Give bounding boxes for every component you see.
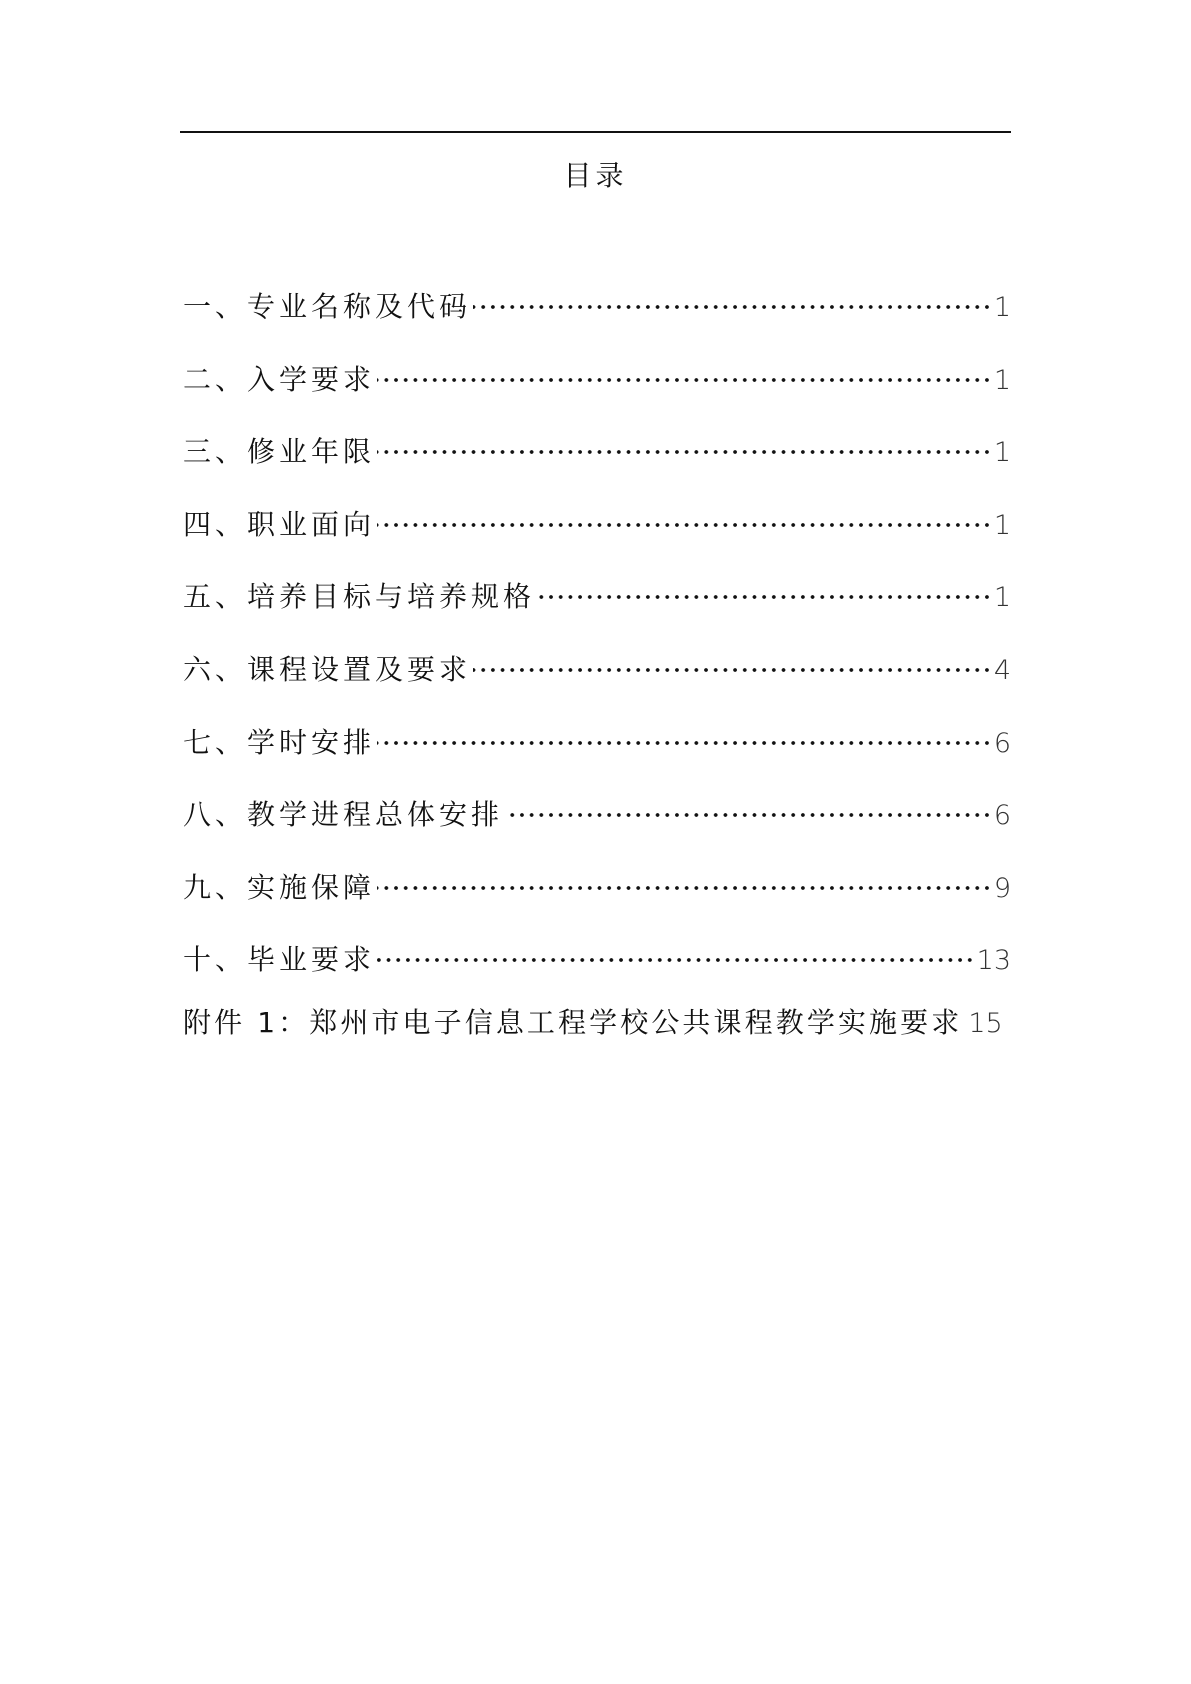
toc-entry-page: 1 <box>994 579 1011 617</box>
dot-leader <box>473 278 992 316</box>
dot-leader <box>377 351 992 389</box>
dot-leader <box>377 859 992 897</box>
toc-entry[interactable]: 四、职业面向 1 <box>183 496 1011 569</box>
toc-entry-page: 13 <box>977 942 1011 980</box>
toc-entry-page: 9 <box>994 870 1011 908</box>
table-of-contents: 一、专业名称及代码 1 二、入学要求 1 三、修业年限 1 四、职业面向 1 五… <box>183 278 1011 1077</box>
toc-entry-label: 十、毕业要求 <box>183 941 375 979</box>
toc-entry-label: 一、专业名称及代码 <box>183 288 471 326</box>
toc-entry[interactable]: 八、教学进程总体安排 6 <box>183 786 1011 859</box>
toc-entry-label: 三、修业年限 <box>183 433 375 471</box>
dot-leader <box>377 496 992 534</box>
dot-leader <box>377 714 992 752</box>
dot-leader <box>377 931 975 969</box>
toc-entry-page: 1 <box>994 362 1011 400</box>
toc-entry-label: 六、课程设置及要求 <box>183 651 471 689</box>
toc-entry-page: 1 <box>994 507 1011 545</box>
toc-entry-label: 四、职业面向 <box>183 506 375 544</box>
toc-entry-label: 二、入学要求 <box>183 361 375 399</box>
toc-entry-label: 附件 1：郑州市电子信息工程学校公共课程教学实施要求 <box>183 1004 962 1042</box>
toc-entry-page: 1 <box>994 434 1011 472</box>
toc-entry[interactable]: 十、毕业要求 13 <box>183 931 1011 1004</box>
header-rule <box>180 131 1011 133</box>
toc-entry[interactable]: 六、课程设置及要求 4 <box>183 641 1011 714</box>
dot-leader <box>377 423 992 461</box>
toc-entry[interactable]: 七、学时安排 6 <box>183 714 1011 787</box>
toc-entry-page: 4 <box>994 652 1011 690</box>
toc-entry-label: 八、教学进程总体安排 <box>183 796 503 834</box>
toc-entry-label: 五、培养目标与培养规格 <box>183 578 535 616</box>
toc-entry[interactable]: 一、专业名称及代码 1 <box>183 278 1011 351</box>
toc-entry[interactable]: 五、培养目标与培养规格 1 <box>183 568 1011 641</box>
toc-entry-label: 七、学时安排 <box>183 724 375 762</box>
toc-entry[interactable]: 九、实施保障 9 <box>183 859 1011 932</box>
toc-entry-appendix[interactable]: 附件 1：郑州市电子信息工程学校公共课程教学实施要求 15 <box>183 1004 1011 1077</box>
toc-entry-page: 6 <box>994 725 1011 763</box>
toc-entry[interactable]: 二、入学要求 1 <box>183 351 1011 424</box>
toc-entry-label: 九、实施保障 <box>183 869 375 907</box>
dot-leader <box>505 786 992 824</box>
toc-entry[interactable]: 三、修业年限 1 <box>183 423 1011 496</box>
dot-leader <box>537 568 992 606</box>
toc-entry-page: 1 <box>994 289 1011 327</box>
toc-title: 目录 <box>180 156 1011 196</box>
toc-entry-page: 15 <box>968 1005 1002 1043</box>
toc-entry-page: 6 <box>994 797 1011 835</box>
dot-leader <box>473 641 992 679</box>
